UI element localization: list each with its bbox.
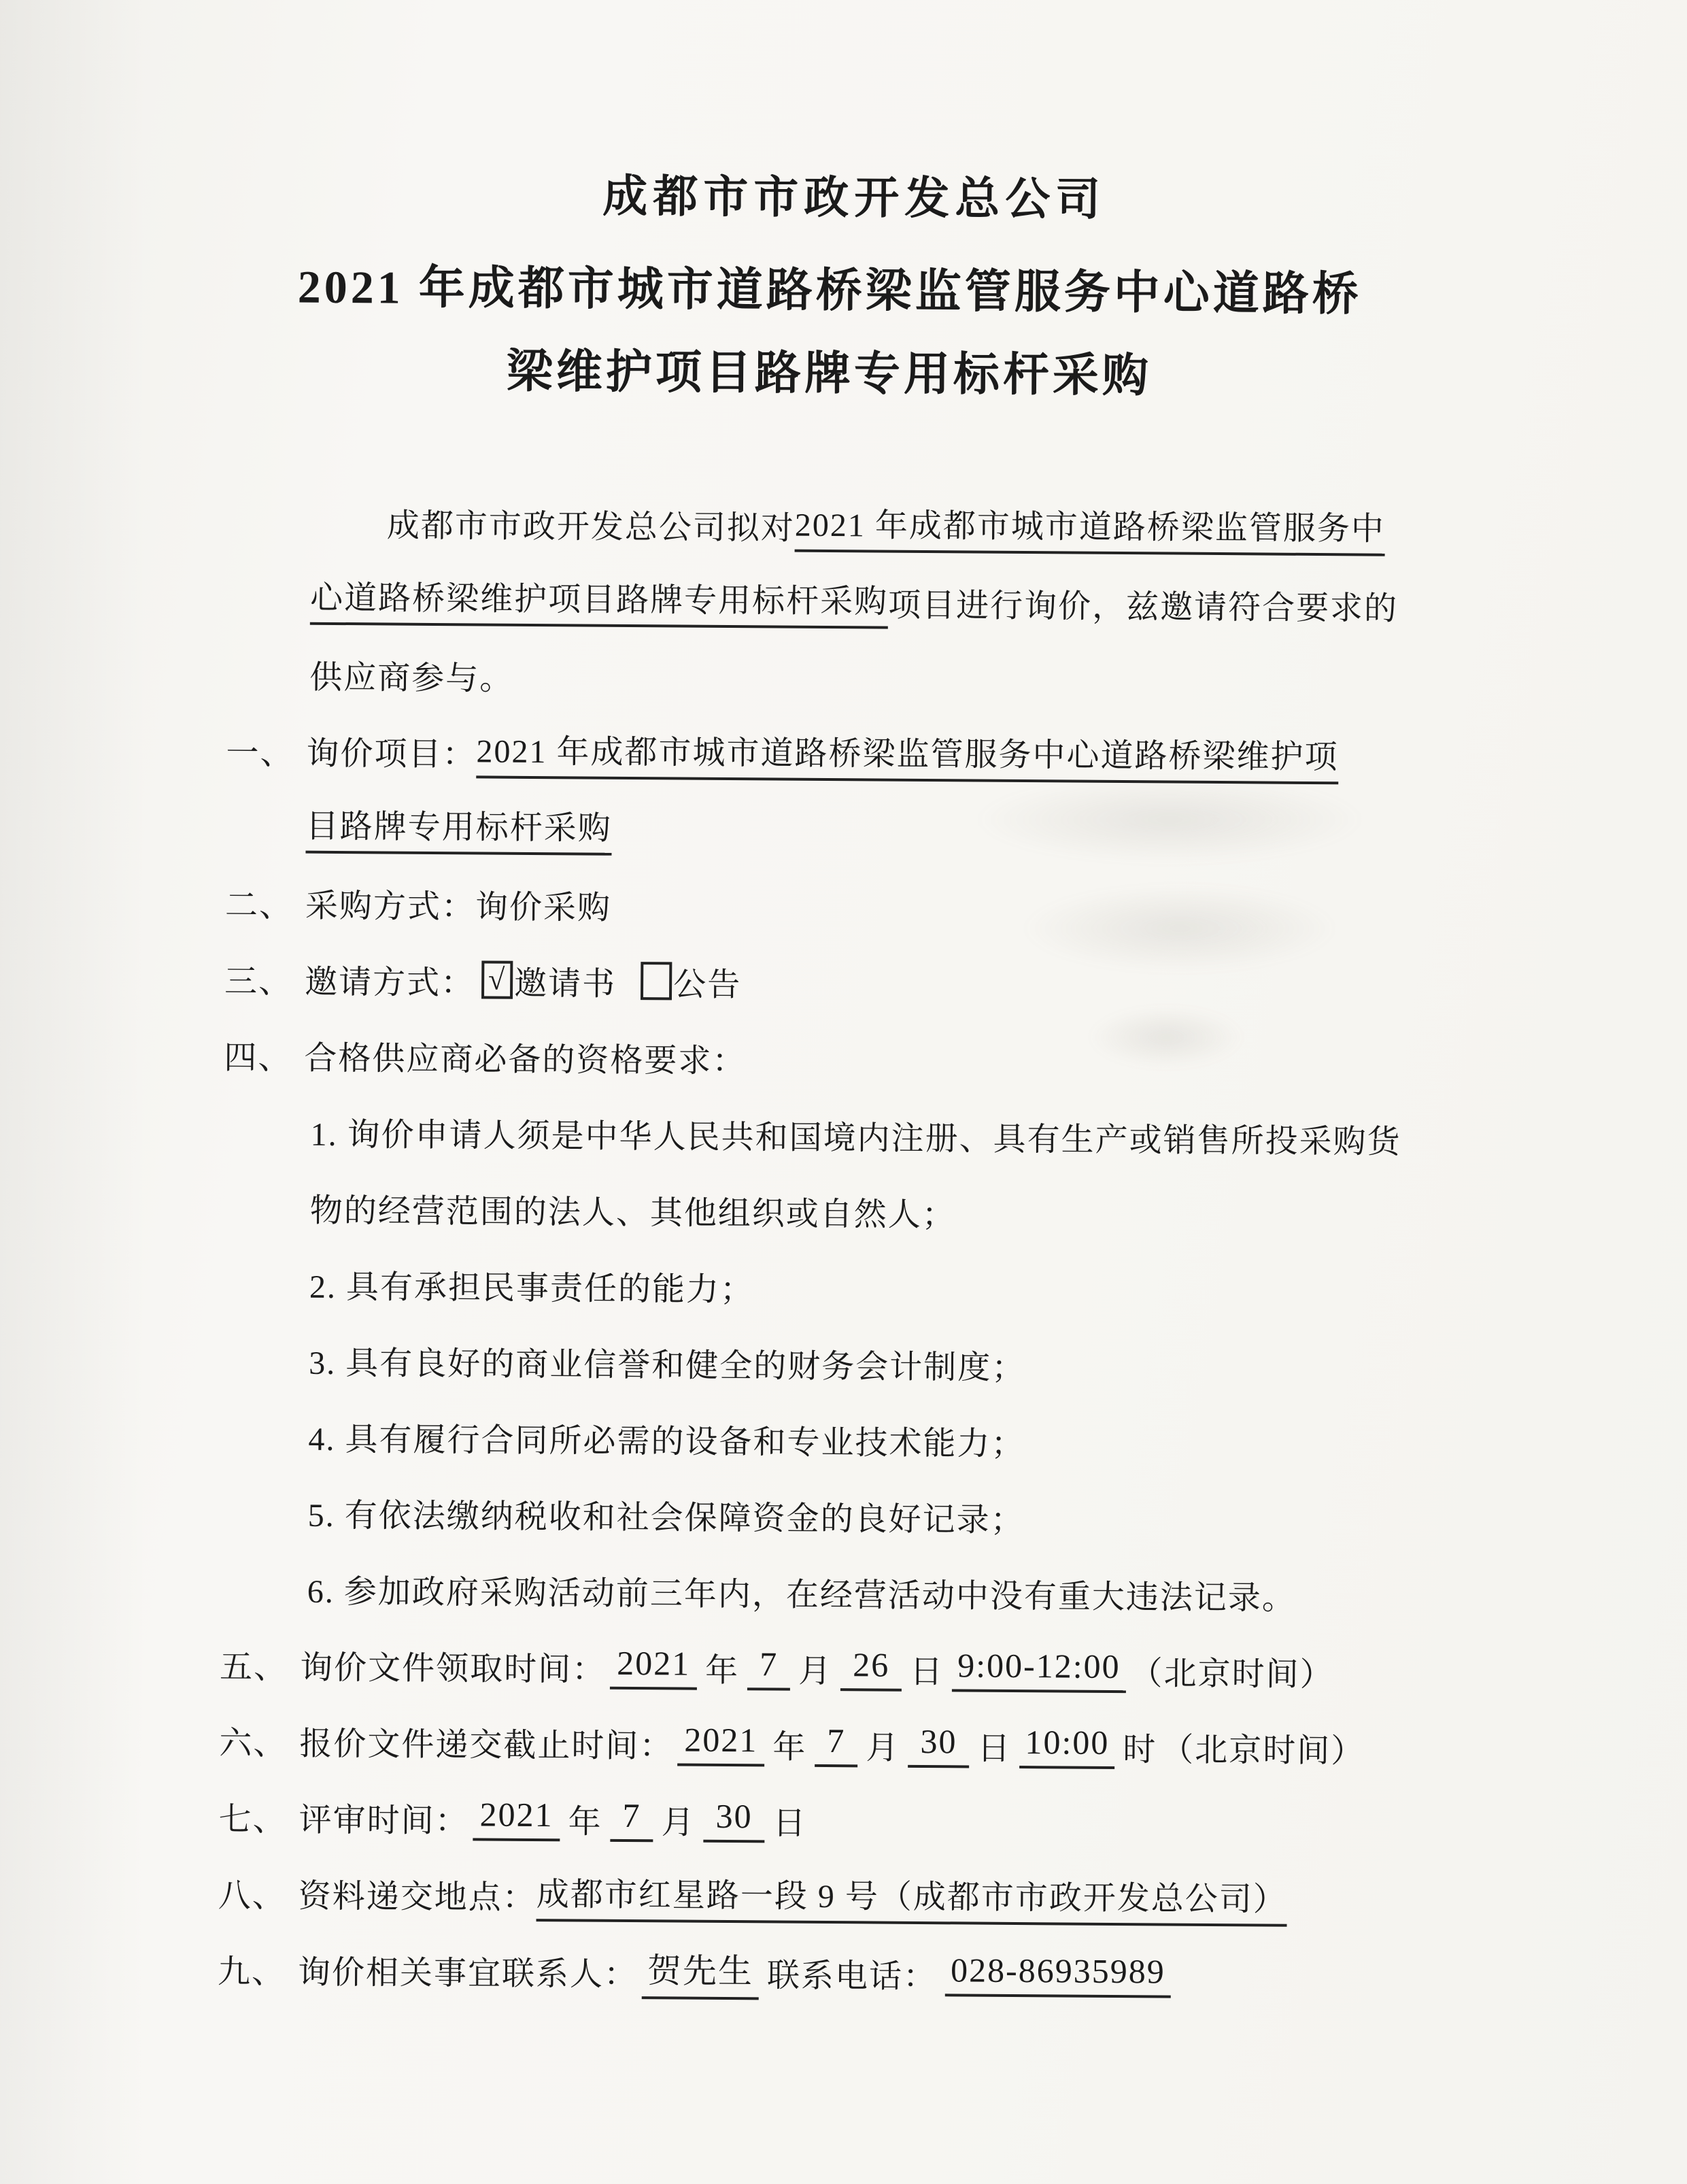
hour-suffix: 时 xyxy=(1123,1723,1157,1770)
intro-text: 项目进行询价，兹邀请符合要求的 xyxy=(888,579,1398,629)
requirement-4: 4. 具有履行合同所必需的设备和专业技术能力； xyxy=(221,1397,1422,1481)
item-4-line: 四、 合格供应商必备的资格要求： xyxy=(224,1016,1425,1101)
item-5-line: 五、 询价文件领取时间：2021年7月26日9:00-12:00（北京时间） xyxy=(220,1626,1421,1710)
item-7-line: 七、 评审时间：2021年7月30日 xyxy=(218,1778,1420,1862)
intro-text: 供应商参与。 xyxy=(309,651,513,699)
requirement-text: 3. 具有良好的商业信誉和健全的财务会计制度； xyxy=(309,1337,1025,1388)
scanned-document-page: 成都市市政开发总公司 2021 年成都市城市道路桥梁监管服务中心道路桥 梁维护项… xyxy=(0,0,1687,2184)
review-month: 7 xyxy=(610,1796,653,1842)
item-label: 询价文件领取时间： xyxy=(300,1641,606,1690)
intro-underlined-project-name-part2: 心道路桥梁维护项目路牌专用标杆采购 xyxy=(310,571,889,629)
item-number: 一、 xyxy=(226,726,306,774)
requirement-1-line-2: 物的经营范围的法人、其他组织或自然人； xyxy=(222,1169,1424,1253)
year-unit: 年 xyxy=(772,1720,806,1767)
item-label: 邀请方式： xyxy=(305,956,475,1004)
item-number: 四、 xyxy=(224,1031,304,1079)
requirement-3: 3. 具有良好的商业信誉和健全的财务会计制度； xyxy=(222,1321,1423,1405)
deadline-month: 7 xyxy=(815,1721,857,1767)
unchecked-checkbox xyxy=(641,962,672,1000)
requirement-6: 6. 参加政府采购活动前三年内，在经营活动中没有重大违法记录。 xyxy=(220,1549,1422,1634)
requirement-text: 5. 有依法缴纳税收和社会保障资金的良好记录； xyxy=(307,1489,1024,1541)
requirement-text: 2. 具有承担民事责任的能力； xyxy=(309,1260,754,1311)
item-number: 五、 xyxy=(220,1641,300,1688)
procurement-method-value: 询价采购 xyxy=(475,880,611,928)
submission-address: 成都市红星路一段 9 号（成都市市政开发总公司） xyxy=(536,1868,1288,1927)
item-label: 报价文件递交截止时间： xyxy=(299,1717,673,1767)
item-6-line: 六、 报价文件递交截止时间：2021年7月30日10:00时（北京时间） xyxy=(219,1702,1420,1786)
item-9-line: 九、 询价相关事宜联系人：贺先生联系电话：028-86935989 xyxy=(218,1930,1419,2015)
requirement-2: 2. 具有承担民事责任的能力； xyxy=(222,1245,1424,1329)
invitation-option-label: 邀请书 xyxy=(514,957,616,1005)
day-unit: 日 xyxy=(910,1645,944,1692)
year-unit: 年 xyxy=(568,1795,602,1842)
scan-edge-shadow xyxy=(0,0,146,2184)
checked-checkbox: √ xyxy=(481,961,513,999)
intro-line-3: 供应商参与。 xyxy=(226,635,1428,720)
item-number: 六、 xyxy=(219,1717,299,1764)
item-label: 资料递交地点： xyxy=(299,1869,536,1917)
timezone-note: （北京时间） xyxy=(1161,1723,1365,1771)
month-unit: 月 xyxy=(798,1645,832,1692)
doc-title-line-1: 成都市市政开发总公司 xyxy=(254,167,1455,230)
requirement-text: 6. 参加政府采购活动前三年内，在经营活动中没有重大违法记录。 xyxy=(307,1565,1296,1619)
item-number: 七、 xyxy=(218,1793,299,1841)
day-unit: 日 xyxy=(772,1796,806,1843)
month-unit: 月 xyxy=(661,1796,695,1843)
item-2-line: 二、 采购方式：询价采购 xyxy=(225,864,1427,948)
day-unit: 日 xyxy=(977,1721,1011,1768)
review-year: 2021 xyxy=(473,1795,560,1842)
contact-person: 贺先生 xyxy=(642,1944,760,2000)
announcement-option-label: 公告 xyxy=(673,958,741,1005)
year-unit: 年 xyxy=(705,1644,739,1691)
intro-text: 成都市市政开发总公司拟对 xyxy=(387,499,795,548)
item-label: 合格供应商必备的资格要求： xyxy=(304,1032,746,1082)
requirement-text: 物的经营范围的法人、其他组织或自然人； xyxy=(310,1184,956,1236)
requirement-text: 4. 具有履行合同所必需的设备和专业技术能力； xyxy=(308,1413,1025,1464)
inquiry-project-name-part1: 2021 年成都市城市道路桥梁监管服务中心道路桥梁维护项 xyxy=(476,724,1339,784)
pickup-month: 7 xyxy=(747,1645,790,1691)
pickup-day: 26 xyxy=(840,1645,902,1692)
contact-phone: 028-86935989 xyxy=(945,1951,1171,1998)
deadline-day: 30 xyxy=(908,1721,969,1768)
inquiry-project-name-part2: 目路牌专用标杆采购 xyxy=(305,800,612,856)
item-label: 询价相关事宜联系人： xyxy=(298,1945,638,1994)
item-3-line: 三、 邀请方式： √邀请书 公告 xyxy=(224,940,1426,1024)
timezone-note: （北京时间） xyxy=(1129,1647,1333,1695)
deadline-time: 10:00 xyxy=(1019,1722,1114,1769)
item-number: 八、 xyxy=(218,1869,299,1917)
month-unit: 月 xyxy=(866,1721,900,1768)
review-day: 30 xyxy=(703,1796,764,1843)
pickup-year: 2021 xyxy=(610,1643,697,1690)
pickup-time-range: 9:00-12:00 xyxy=(952,1646,1126,1694)
intro-line-1: 成都市市政开发总公司拟对 2021 年成都市城市道路桥梁监管服务中 xyxy=(227,483,1429,567)
doc-title-line-2: 2021 年成都市城市道路桥梁监管服务中心道路桥 xyxy=(229,259,1431,323)
item-number: 二、 xyxy=(225,879,305,926)
item-number: 九、 xyxy=(218,1945,298,1993)
doc-title-line-3: 梁维护项目路牌专用标杆采购 xyxy=(228,342,1430,406)
document-content: 成都市市政开发总公司 2021 年成都市城市道路桥梁监管服务中心道路桥 梁维护项… xyxy=(218,0,1433,2015)
phone-label: 联系电话： xyxy=(767,1949,937,1997)
item-8-line: 八、 资料递交地点：成都市红星路一段 9 号（成都市市政开发总公司） xyxy=(218,1854,1419,1938)
item-label: 评审时间： xyxy=(299,1793,468,1841)
intro-underlined-project-name-part1: 2021 年成都市城市道路桥梁监管服务中 xyxy=(795,499,1386,556)
requirement-text: 1. 询价申请人须是中华人民共和国境内注册、具有生产或销售所投采购货 xyxy=(310,1108,1401,1162)
item-1-line-2: 目路牌专用标杆采购 xyxy=(225,788,1427,872)
deadline-year: 2021 xyxy=(677,1720,764,1767)
item-label: 采购方式： xyxy=(305,879,475,928)
requirement-1-line-1: 1. 询价申请人须是中华人民共和国境内注册、具有生产或销售所投采购货 xyxy=(223,1092,1425,1177)
item-label: 询价项目： xyxy=(306,727,476,775)
item-number: 三、 xyxy=(224,955,305,1003)
item-1-line-1: 一、 询价项目：2021 年成都市城市道路桥梁监管服务中心道路桥梁维护项 xyxy=(226,711,1427,796)
intro-line-2: 心道路桥梁维护项目路牌专用标杆采购 项目进行询价，兹邀请符合要求的 xyxy=(227,559,1429,643)
requirement-5: 5. 有依法缴纳税收和社会保障资金的良好记录； xyxy=(220,1473,1422,1558)
